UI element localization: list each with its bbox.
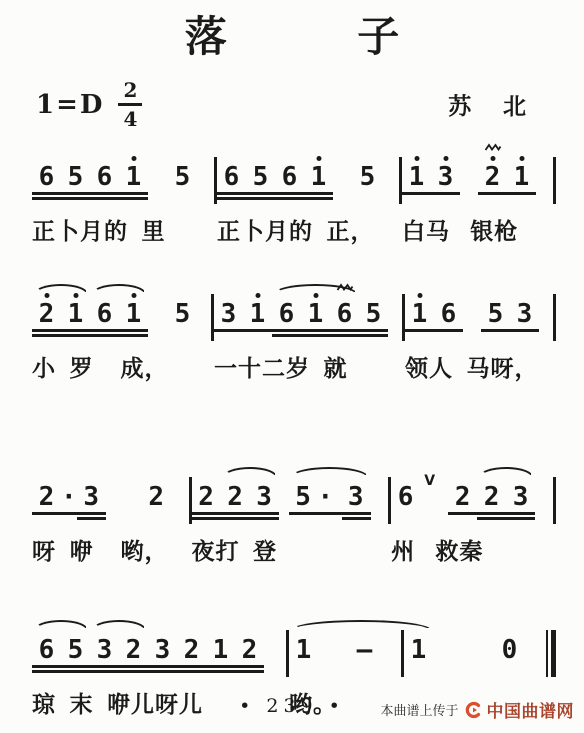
note: 6V bbox=[391, 483, 420, 511]
lyric-text: 小 罗 成， bbox=[32, 350, 211, 383]
note: 2 bbox=[221, 483, 250, 511]
note: 2 bbox=[235, 636, 264, 664]
beam-line bbox=[32, 334, 148, 337]
note: 1 bbox=[206, 636, 235, 664]
note: 5 bbox=[61, 636, 90, 664]
note: · bbox=[318, 483, 334, 511]
tonality-label: 1=D bbox=[36, 90, 104, 120]
note: 1 bbox=[304, 163, 333, 191]
page-number: • 239 • bbox=[239, 695, 345, 717]
note: 6 bbox=[330, 300, 359, 328]
measure: 65615正卜月的 正， bbox=[217, 145, 399, 246]
note: 3 bbox=[510, 300, 539, 328]
note: 6 bbox=[32, 636, 61, 664]
notes-row: 2·32 bbox=[32, 465, 189, 525]
note: — bbox=[350, 636, 379, 664]
note: 2 bbox=[478, 163, 507, 191]
measure: 1321白马 银枪 bbox=[402, 145, 553, 246]
measure: 2·32呀 咿 哟， bbox=[32, 465, 189, 566]
beam-line bbox=[448, 512, 535, 515]
note: 1 bbox=[405, 300, 434, 328]
lyric-text: 领人 马呀， bbox=[405, 350, 553, 383]
note: 3 bbox=[506, 483, 535, 511]
measure: 6V223州 救秦 bbox=[391, 465, 553, 566]
lyric-text: 夜打 登 bbox=[192, 533, 389, 566]
mordent-icon bbox=[484, 143, 501, 151]
note: 6 bbox=[90, 163, 119, 191]
note: 1 bbox=[119, 163, 148, 191]
beam-line bbox=[217, 192, 333, 195]
note: 5 bbox=[61, 163, 90, 191]
beam-line bbox=[289, 512, 371, 515]
key-signature-row: 1=D 2 4 苏 北 bbox=[36, 80, 526, 129]
beam-line bbox=[478, 192, 536, 195]
note: 5 bbox=[289, 483, 318, 511]
beam-line bbox=[342, 517, 371, 520]
beam-line bbox=[402, 192, 460, 195]
note: 0 bbox=[495, 636, 524, 664]
beam-line bbox=[32, 670, 264, 673]
notes-row: 65615 bbox=[32, 145, 214, 205]
lyric-text: 州 救秦 bbox=[391, 533, 553, 566]
end-barline bbox=[546, 630, 556, 677]
note: 6 bbox=[275, 163, 304, 191]
site-logo-icon bbox=[464, 701, 482, 719]
music-system: 21615小 罗 成，316165一十二岁 就1653领人 马呀， bbox=[0, 282, 584, 383]
note: 6 bbox=[90, 300, 119, 328]
note: 2 bbox=[177, 636, 206, 664]
beam-line bbox=[77, 517, 106, 520]
measure: 65615正卜月的 里 bbox=[32, 145, 214, 246]
measure: 1653领人 马呀， bbox=[405, 282, 553, 383]
time-signature: 2 4 bbox=[118, 80, 142, 129]
note: 5 bbox=[353, 163, 382, 191]
beam-line bbox=[405, 329, 463, 332]
meter-denominator: 4 bbox=[123, 106, 137, 129]
beam-line bbox=[32, 512, 106, 515]
note: 3 bbox=[341, 483, 370, 511]
beam-line bbox=[32, 329, 148, 332]
note: 5 bbox=[168, 300, 197, 328]
sheet-music-page: 落 子 1=D 2 4 苏 北 65615正卜月的 里65615正卜月的 正，1… bbox=[0, 0, 584, 733]
note: 1 bbox=[243, 300, 272, 328]
note: 2 bbox=[448, 483, 477, 511]
note: 2 bbox=[32, 483, 61, 511]
page-footer: • 239 • 本曲谱上传于 中国曲谱网 bbox=[0, 695, 584, 721]
beam-line bbox=[192, 517, 250, 520]
note: 6 bbox=[217, 163, 246, 191]
note: 6 bbox=[434, 300, 463, 328]
region-label: 苏 北 bbox=[448, 88, 526, 121]
measure: 316165一十二岁 就 bbox=[214, 282, 402, 383]
note: 3 bbox=[250, 483, 279, 511]
music-system: 65615正卜月的 里65615正卜月的 正，1321白马 银枪 bbox=[0, 145, 584, 246]
measure: 2235·3夜打 登 bbox=[192, 465, 389, 566]
beam-line bbox=[32, 192, 148, 195]
note: 3 bbox=[90, 636, 119, 664]
measure: 21615小 罗 成， bbox=[32, 282, 211, 383]
note: 2 bbox=[142, 483, 171, 511]
beam-line bbox=[477, 517, 535, 520]
beam-line bbox=[214, 329, 272, 332]
lyric-text: 呀 咿 哟， bbox=[32, 533, 189, 566]
meter-numerator: 2 bbox=[118, 80, 142, 106]
note: 3 bbox=[148, 636, 177, 664]
beam-line bbox=[481, 329, 539, 332]
note: 1 bbox=[61, 300, 90, 328]
note: 1 bbox=[119, 300, 148, 328]
note: 1 bbox=[301, 300, 330, 328]
lyric-text: 一十二岁 就 bbox=[214, 350, 402, 383]
beam-line bbox=[217, 197, 333, 200]
note: 2 bbox=[192, 483, 221, 511]
end-barline bbox=[553, 294, 556, 341]
lyric-text: 正卜月的 里 bbox=[32, 213, 214, 246]
end-barline bbox=[553, 477, 556, 524]
beam-line bbox=[272, 334, 388, 337]
note: 3 bbox=[431, 163, 460, 191]
note: · bbox=[61, 483, 77, 511]
notes-row: 65615 bbox=[217, 145, 399, 205]
note: 1 bbox=[289, 636, 318, 664]
note: 1 bbox=[404, 636, 433, 664]
beam-line bbox=[32, 665, 264, 668]
note: 3 bbox=[214, 300, 243, 328]
note: 5 bbox=[481, 300, 510, 328]
beam-line bbox=[272, 329, 388, 332]
note: 2 bbox=[32, 300, 61, 328]
notes-row: 1653 bbox=[405, 282, 553, 342]
beam-line bbox=[192, 512, 279, 515]
song-title: 落 子 bbox=[0, 0, 584, 64]
watermark-site-name: 中国曲谱网 bbox=[487, 697, 575, 722]
note: 2 bbox=[119, 636, 148, 664]
watermark-prefix: 本曲谱上传于 bbox=[380, 700, 458, 719]
beam-line bbox=[32, 197, 148, 200]
breath-mark-icon: V bbox=[424, 467, 435, 495]
note: 5 bbox=[246, 163, 275, 191]
watermark: 本曲谱上传于 中国曲谱网 bbox=[380, 697, 574, 722]
note: 1 bbox=[402, 163, 431, 191]
lyric-text: 白马 银枪 bbox=[402, 213, 553, 246]
note: 2 bbox=[477, 483, 506, 511]
notes-row: 1321 bbox=[402, 145, 553, 205]
beam-line bbox=[250, 517, 279, 520]
note: 6 bbox=[272, 300, 301, 328]
end-barline bbox=[553, 157, 556, 204]
score-body: 65615正卜月的 里65615正卜月的 正，1321白马 银枪21615小 罗… bbox=[0, 145, 584, 719]
lyric-text: 正卜月的 正， bbox=[217, 213, 399, 246]
note: 5 bbox=[168, 163, 197, 191]
music-system: 2·32呀 咿 哟，2235·3夜打 登6V223州 救秦 bbox=[0, 465, 584, 566]
note: 6 bbox=[32, 163, 61, 191]
note: 5 bbox=[359, 300, 388, 328]
note: 1 bbox=[507, 163, 536, 191]
note: 3 bbox=[77, 483, 106, 511]
